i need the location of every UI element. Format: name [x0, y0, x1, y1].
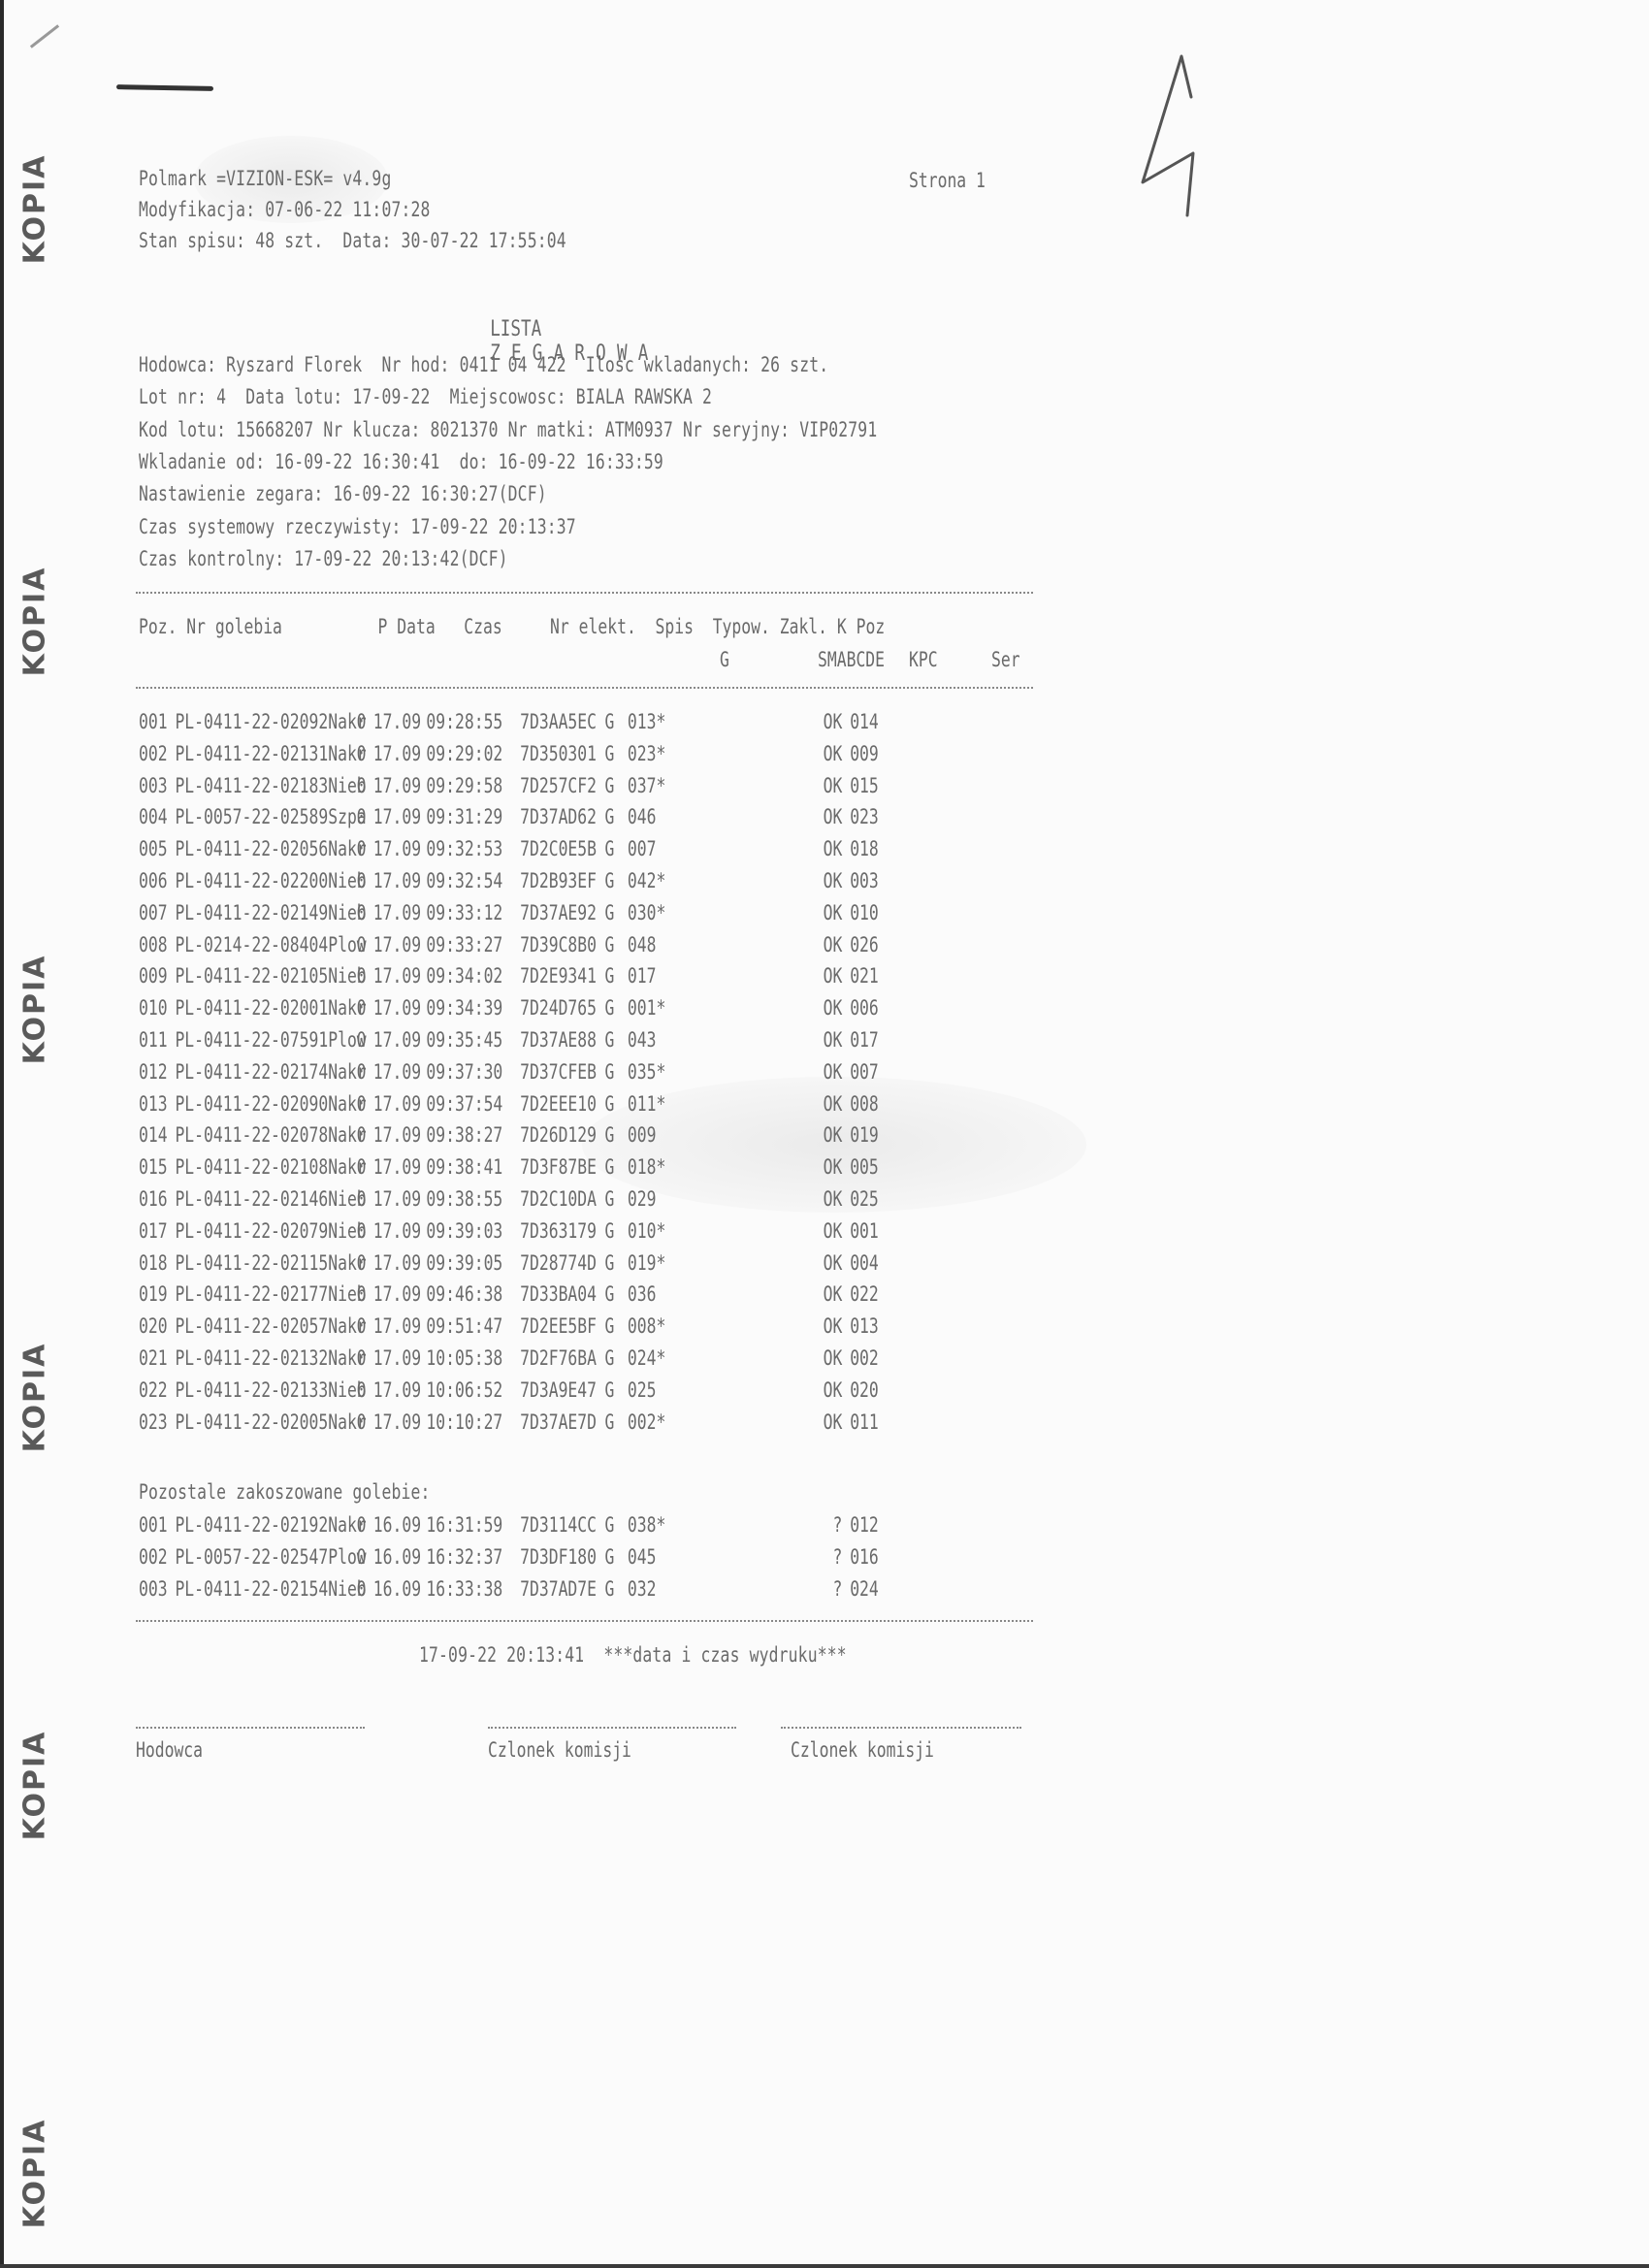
table-row: 009PL-0411-22-02105Nieb017.0909:34:027D2…: [139, 964, 888, 988]
cell-ser: 014: [850, 710, 888, 733]
info-line: Lot nr: 4 Data lotu: 17-09-22 Miejscowos…: [139, 387, 712, 407]
cell-poz: 011: [139, 1028, 175, 1052]
cell-poz: 016: [139, 1187, 175, 1211]
cell-elekt: 7D3DF180: [520, 1545, 604, 1569]
divider: [136, 687, 1033, 689]
cell-k: OK: [809, 1346, 850, 1370]
cell-date: 17.09: [373, 1123, 427, 1147]
cell-ser: 016: [850, 1545, 888, 1569]
cell-date: 17.09: [373, 1346, 427, 1370]
table-row: 019PL-0411-22-02177Nieb017.0909:46:387D3…: [139, 1282, 888, 1306]
cell-spis: 035*: [628, 1060, 809, 1084]
kopia-stamp: KOPIA: [16, 1339, 54, 1455]
table-row: 002PL-0057-22-02547Plow016.0916:32:377D3…: [139, 1545, 888, 1569]
program-version: Polmark =VIZION-ESK= v4.9g: [139, 169, 391, 189]
cell-k: OK: [809, 1123, 850, 1147]
cell-poz: 004: [139, 805, 175, 828]
cell-date: 16.09: [373, 1513, 427, 1537]
cell-g: G: [604, 1346, 627, 1370]
cell-p: 0: [357, 1060, 373, 1084]
cell-elekt: 7D28774D: [520, 1251, 604, 1275]
title-word-lista: LISTA: [490, 317, 541, 341]
cell-poz: 017: [139, 1219, 175, 1243]
cell-date: 17.09: [373, 964, 427, 988]
cell-ring: PL-0411-22-02133Nieb: [175, 1378, 356, 1402]
cell-k: OK: [809, 774, 850, 797]
cell-spis: 011*: [628, 1092, 809, 1116]
cell-ser: 003: [850, 869, 888, 892]
cell-p: 0: [357, 964, 373, 988]
cell-elekt: 7D2F76BA: [520, 1346, 604, 1370]
cell-spis: 045: [628, 1545, 809, 1569]
cell-date: 17.09: [373, 1187, 427, 1211]
table-row: 018PL-0411-22-02115Nakr017.0909:39:057D2…: [139, 1251, 888, 1275]
cell-time: 09:33:12: [426, 901, 520, 924]
table-row: 013PL-0411-22-02090Nakr017.0909:37:547D2…: [139, 1092, 888, 1116]
cell-k: OK: [809, 1092, 850, 1116]
cell-ring: PL-0411-22-02079Nieb: [175, 1219, 356, 1243]
cell-g: G: [604, 1251, 627, 1275]
cell-elekt: 7D2C10DA: [520, 1187, 604, 1211]
cell-p: 0: [357, 1346, 373, 1370]
cell-date: 17.09: [373, 1028, 427, 1052]
cell-elekt: 7D37AE92: [520, 901, 604, 924]
kopia-stamp: KOPIA: [16, 951, 54, 1067]
cell-ring: PL-0057-22-02589Szpa: [175, 805, 356, 828]
cell-ring: PL-0411-22-02115Nakr: [175, 1251, 356, 1275]
cell-g: G: [604, 1060, 627, 1084]
cell-poz: 003: [139, 774, 175, 797]
cell-g: G: [604, 1123, 627, 1147]
cell-date: 17.09: [373, 869, 427, 892]
cell-time: 09:33:27: [426, 933, 520, 956]
cell-elekt: 7D257CF2: [520, 774, 604, 797]
cell-time: 09:31:29: [426, 805, 520, 828]
cell-date: 17.09: [373, 901, 427, 924]
cell-k: OK: [809, 933, 850, 956]
cell-time: 16:31:59: [426, 1513, 520, 1537]
cell-k: OK: [809, 1282, 850, 1306]
table-row: 014PL-0411-22-02078Nakr017.0909:38:277D2…: [139, 1123, 888, 1147]
table-header: Poz. Nr golebia P Data Czas Nr elekt. Sp…: [139, 615, 885, 638]
cell-elekt: 7D37AD7E: [520, 1577, 604, 1601]
cell-time: 09:39:03: [426, 1219, 520, 1243]
cell-ring: PL-0411-22-02149Nieb: [175, 901, 356, 924]
cell-date: 17.09: [373, 1060, 427, 1084]
table-row: 021PL-0411-22-02132Nakr017.0910:05:387D2…: [139, 1346, 888, 1370]
cell-ring: PL-0411-22-02200Nieb: [175, 869, 356, 892]
cell-date: 17.09: [373, 837, 427, 860]
cell-k: OK: [809, 901, 850, 924]
cell-spis: 010*: [628, 1219, 809, 1243]
cell-g: G: [604, 1155, 627, 1179]
cell-g: G: [604, 1187, 627, 1211]
cell-k: OK: [809, 869, 850, 892]
cell-date: 17.09: [373, 933, 427, 956]
cell-spis: 030*: [628, 901, 809, 924]
cell-poz: 002: [139, 1545, 175, 1569]
signature-line: [781, 1727, 1021, 1729]
cell-k: OK: [809, 1060, 850, 1084]
cell-date: 17.09: [373, 1092, 427, 1116]
cell-ring: PL-0411-22-02001Nakr: [175, 996, 356, 1020]
cell-elekt: 7D3AA5EC: [520, 710, 604, 733]
cell-ring: PL-0411-22-07591Plow: [175, 1028, 356, 1052]
cell-time: 10:05:38: [426, 1346, 520, 1370]
cell-p: 0: [357, 1577, 373, 1601]
cell-g: G: [604, 1545, 627, 1569]
cell-g: G: [604, 964, 627, 988]
page-number: Strona 1: [909, 169, 986, 192]
cell-k: OK: [809, 710, 850, 733]
cell-time: 09:51:47: [426, 1314, 520, 1338]
cell-p: 0: [357, 1187, 373, 1211]
cell-g: G: [604, 869, 627, 892]
divider: [136, 1620, 1033, 1622]
cell-p: 0: [357, 1545, 373, 1569]
cell-poz: 001: [139, 1513, 175, 1537]
cell-ser: 012: [850, 1513, 888, 1537]
table-row: 022PL-0411-22-02133Nieb017.0910:06:527D3…: [139, 1378, 888, 1402]
cell-elekt: 7D37AD62: [520, 805, 604, 828]
cell-ring: PL-0411-22-02132Nakr: [175, 1346, 356, 1370]
signature-line: [136, 1727, 365, 1729]
cell-spis: 046: [628, 805, 809, 828]
cell-ring: PL-0411-22-02005Nakr: [175, 1410, 356, 1434]
cell-g: G: [604, 901, 627, 924]
cell-time: 10:10:27: [426, 1410, 520, 1434]
cell-elekt: 7D33BA04: [520, 1282, 604, 1306]
cell-p: 0: [357, 1314, 373, 1338]
table-row: 008PL-0214-22-08404Plow017.0909:33:277D3…: [139, 933, 888, 956]
cell-spis: 043: [628, 1028, 809, 1052]
cell-ring: PL-0411-22-02177Nieb: [175, 1282, 356, 1306]
cell-p: 0: [357, 1410, 373, 1434]
cell-g: G: [604, 1028, 627, 1052]
cell-date: 17.09: [373, 805, 427, 828]
cell-k: OK: [809, 996, 850, 1020]
handwritten-page-number: [1135, 49, 1212, 223]
cell-k: OK: [809, 1251, 850, 1275]
cell-p: 0: [357, 1513, 373, 1537]
cell-date: 17.09: [373, 1155, 427, 1179]
cell-time: 16:32:37: [426, 1545, 520, 1569]
cell-spis: 032: [628, 1577, 809, 1601]
signature-line: [488, 1727, 736, 1729]
remaining-heading: Pozostale zakoszowane golebie:: [139, 1482, 431, 1503]
cell-spis: 048: [628, 933, 809, 956]
cell-spis: 007: [628, 837, 809, 860]
cell-spis: 002*: [628, 1410, 809, 1434]
table-row: 001PL-0411-22-02092Nakr017.0909:28:557D3…: [139, 710, 888, 733]
cell-poz: 009: [139, 964, 175, 988]
cell-p: 0: [357, 1092, 373, 1116]
cell-k: OK: [809, 805, 850, 828]
info-line: Hodowca: Ryszard Florek Nr hod: 0411 04 …: [139, 355, 828, 375]
info-line: Wkladanie od: 16-09-22 16:30:41 do: 16-0…: [139, 452, 663, 472]
cell-date: 17.09: [373, 742, 427, 765]
cell-p: 0: [357, 901, 373, 924]
cell-ser: 025: [850, 1187, 888, 1211]
cell-elekt: 7D2EEE10: [520, 1092, 604, 1116]
cell-time: 16:33:38: [426, 1577, 520, 1601]
cell-g: G: [604, 1577, 627, 1601]
table-row: 016PL-0411-22-02146Nieb017.0909:38:557D2…: [139, 1187, 888, 1211]
table-row: 015PL-0411-22-02108Nakr017.0909:38:417D3…: [139, 1155, 888, 1179]
cell-ser: 006: [850, 996, 888, 1020]
cell-elekt: 7D2B93EF: [520, 869, 604, 892]
cell-g: G: [604, 1282, 627, 1306]
table-row: 023PL-0411-22-02005Nakr017.0910:10:277D3…: [139, 1410, 888, 1434]
cell-elekt: 7D39C8B0: [520, 933, 604, 956]
cell-ring: PL-0411-22-02057Nakr: [175, 1314, 356, 1338]
divider: [136, 592, 1033, 594]
cell-elekt: 7D24D765: [520, 996, 604, 1020]
cell-ring: PL-0411-22-02078Nakr: [175, 1123, 356, 1147]
cell-elekt: 7D2C0E5B: [520, 837, 604, 860]
kopia-stamp: KOPIA: [16, 1727, 54, 1843]
cell-time: 09:34:02: [426, 964, 520, 988]
cell-time: 09:35:45: [426, 1028, 520, 1052]
cell-date: 17.09: [373, 1251, 427, 1275]
cell-spis: 025: [628, 1378, 809, 1402]
cell-elekt: 7D37AE88: [520, 1028, 604, 1052]
cell-elekt: 7D2E9341: [520, 964, 604, 988]
cell-elekt: 7D37AE7D: [520, 1410, 604, 1434]
cell-poz: 008: [139, 933, 175, 956]
cell-spis: 036: [628, 1282, 809, 1306]
cell-g: G: [604, 1092, 627, 1116]
cell-spis: 029: [628, 1187, 809, 1211]
table-row: 002PL-0411-22-02131Nakr017.0909:29:027D3…: [139, 742, 888, 765]
cell-p: 0: [357, 1123, 373, 1147]
cell-p: 0: [357, 710, 373, 733]
table-row: 003PL-0411-22-02154Nieb016.0916:33:387D3…: [139, 1577, 888, 1601]
cell-ser: 013: [850, 1314, 888, 1338]
cell-k: OK: [809, 837, 850, 860]
cell-time: 09:29:58: [426, 774, 520, 797]
signature-label-hodowca: Hodowca: [136, 1738, 203, 1762]
cell-ser: 015: [850, 774, 888, 797]
cell-k: ?: [809, 1577, 850, 1601]
cell-g: G: [604, 996, 627, 1020]
cell-spis: 013*: [628, 710, 809, 733]
cell-date: 17.09: [373, 710, 427, 733]
cell-g: G: [604, 1219, 627, 1243]
cell-spis: 009: [628, 1123, 809, 1147]
cell-elekt: 7D350301: [520, 742, 604, 765]
cell-g: G: [604, 1410, 627, 1434]
cell-elekt: 7D363179: [520, 1219, 604, 1243]
cell-k: OK: [809, 1314, 850, 1338]
cell-p: 0: [357, 837, 373, 860]
cell-date: 17.09: [373, 1410, 427, 1434]
cell-p: 0: [357, 1155, 373, 1179]
cell-poz: 005: [139, 837, 175, 860]
modification-date: Modyfikacja: 07-06-22 11:07:28: [139, 200, 431, 220]
cell-poz: 020: [139, 1314, 175, 1338]
cell-elekt: 7D2EE5BF: [520, 1314, 604, 1338]
cell-elekt: 7D3F87BE: [520, 1155, 604, 1179]
cell-p: 0: [357, 1378, 373, 1402]
cell-ring: PL-0411-22-02146Nieb: [175, 1187, 356, 1211]
table-row: 012PL-0411-22-02174Nakr017.0909:37:307D3…: [139, 1060, 888, 1084]
table-row: 001PL-0411-22-02192Nakr016.0916:31:597D3…: [139, 1513, 888, 1537]
cell-g: G: [604, 933, 627, 956]
scan-border-bottom: [0, 2264, 1649, 2268]
pen-mark: [30, 24, 59, 49]
cell-spis: 008*: [628, 1314, 809, 1338]
cell-date: 16.09: [373, 1545, 427, 1569]
cell-ser: 005: [850, 1155, 888, 1179]
cell-time: 09:46:38: [426, 1282, 520, 1306]
info-line: Kod lotu: 15668207 Nr klucza: 8021370 Nr…: [139, 420, 877, 440]
cell-ring: PL-0214-22-08404Plow: [175, 933, 356, 956]
cell-k: OK: [809, 1378, 850, 1402]
cell-ser: 001: [850, 1219, 888, 1243]
cell-ser: 009: [850, 742, 888, 765]
cell-spis: 018*: [628, 1155, 809, 1179]
cell-g: G: [604, 805, 627, 828]
table-row: 004PL-0057-22-02589Szpa017.0909:31:297D3…: [139, 805, 888, 828]
cell-ser: 021: [850, 964, 888, 988]
cell-ser: 017: [850, 1028, 888, 1052]
cell-k: OK: [809, 1187, 850, 1211]
cell-poz: 018: [139, 1251, 175, 1275]
cell-time: 09:28:55: [426, 710, 520, 733]
cell-k: ?: [809, 1513, 850, 1537]
cell-time: 09:37:54: [426, 1092, 520, 1116]
cell-time: 09:37:30: [426, 1060, 520, 1084]
cell-date: 17.09: [373, 1282, 427, 1306]
cell-poz: 022: [139, 1378, 175, 1402]
cell-elekt: 7D3A9E47: [520, 1378, 604, 1402]
cell-spis: 019*: [628, 1251, 809, 1275]
cell-spis: 038*: [628, 1513, 809, 1537]
cell-poz: 003: [139, 1577, 175, 1601]
cell-date: 17.09: [373, 1378, 427, 1402]
table-row: 011PL-0411-22-07591Plow017.0909:35:457D3…: [139, 1028, 888, 1052]
cell-ring: PL-0411-22-02131Nakr: [175, 742, 356, 765]
cell-k: OK: [809, 1155, 850, 1179]
cell-poz: 010: [139, 996, 175, 1020]
table-row: 020PL-0411-22-02057Nakr017.0909:51:477D2…: [139, 1314, 888, 1338]
table-row: 017PL-0411-22-02079Nieb017.0909:39:037D3…: [139, 1219, 888, 1243]
info-line: Czas systemowy rzeczywisty: 17-09-22 20:…: [139, 517, 576, 537]
kopia-stamp: KOPIA: [16, 563, 54, 679]
cell-poz: 006: [139, 869, 175, 892]
scan-border-left: [0, 0, 4, 2268]
cell-g: G: [604, 837, 627, 860]
cell-spis: 023*: [628, 742, 809, 765]
cell-ring: PL-0411-22-02183Nieb: [175, 774, 356, 797]
cell-time: 09:38:55: [426, 1187, 520, 1211]
cell-ser: 002: [850, 1346, 888, 1370]
cell-g: G: [604, 1314, 627, 1338]
cell-ser: 010: [850, 901, 888, 924]
cell-g: G: [604, 710, 627, 733]
cell-p: 0: [357, 805, 373, 828]
cell-ser: 019: [850, 1123, 888, 1147]
cell-date: 17.09: [373, 774, 427, 797]
cell-date: 17.09: [373, 996, 427, 1020]
signature-label-komisja-1: Czlonek komisji: [488, 1738, 631, 1762]
cell-date: 16.09: [373, 1577, 427, 1601]
signature-label-komisja-2: Czlonek komisji: [791, 1738, 934, 1762]
cell-p: 0: [357, 742, 373, 765]
cell-poz: 019: [139, 1282, 175, 1306]
cell-ser: 020: [850, 1378, 888, 1402]
cell-p: 0: [357, 1282, 373, 1306]
cell-elekt: 7D3114CC: [520, 1513, 604, 1537]
cell-ser: 024: [850, 1577, 888, 1601]
cell-p: 0: [357, 1219, 373, 1243]
cell-ser: 004: [850, 1251, 888, 1275]
table-header-typowanie: SMABCDE: [818, 648, 885, 671]
cell-date: 17.09: [373, 1219, 427, 1243]
cell-ring: PL-0411-22-02192Nakr: [175, 1513, 356, 1537]
cell-time: 09:34:39: [426, 996, 520, 1020]
cell-poz: 021: [139, 1346, 175, 1370]
cell-p: 0: [357, 996, 373, 1020]
table-header-ser: Ser: [991, 648, 1020, 671]
cell-time: 09:32:54: [426, 869, 520, 892]
table-row: 010PL-0411-22-02001Nakr017.0909:34:397D2…: [139, 996, 888, 1020]
cell-poz: 023: [139, 1410, 175, 1434]
cell-time: 10:06:52: [426, 1378, 520, 1402]
table-header-zakl: KPC: [909, 648, 938, 671]
cell-elekt: 7D37CFEB: [520, 1060, 604, 1084]
cell-spis: 037*: [628, 774, 809, 797]
cell-poz: 014: [139, 1123, 175, 1147]
cell-k: OK: [809, 964, 850, 988]
cell-k: OK: [809, 1410, 850, 1434]
cell-g: G: [604, 1378, 627, 1402]
cell-poz: 012: [139, 1060, 175, 1084]
cell-ser: 023: [850, 805, 888, 828]
cell-ring: PL-0411-22-02154Nieb: [175, 1577, 356, 1601]
cell-poz: 002: [139, 742, 175, 765]
cell-ser: 008: [850, 1092, 888, 1116]
cell-k: OK: [809, 742, 850, 765]
cell-ring: PL-0411-22-02090Nakr: [175, 1092, 356, 1116]
cell-time: 09:29:02: [426, 742, 520, 765]
info-line: Nastawienie zegara: 16-09-22 16:30:27(DC…: [139, 484, 547, 504]
cell-ring: PL-0411-22-02174Nakr: [175, 1060, 356, 1084]
cell-ring: PL-0411-22-02092Nakr: [175, 710, 356, 733]
cell-date: 17.09: [373, 1314, 427, 1338]
kopia-stamp: KOPIA: [16, 2115, 54, 2231]
cell-ring: PL-0411-22-02056Nakr: [175, 837, 356, 860]
cell-ser: 026: [850, 933, 888, 956]
cell-poz: 001: [139, 710, 175, 733]
cell-g: G: [604, 1513, 627, 1537]
cell-spis: 042*: [628, 869, 809, 892]
cell-g: G: [604, 774, 627, 797]
cell-spis: 017: [628, 964, 809, 988]
cell-ring: PL-0411-22-02108Nakr: [175, 1155, 356, 1179]
cell-ser: 011: [850, 1410, 888, 1434]
cell-time: 09:32:53: [426, 837, 520, 860]
cell-poz: 013: [139, 1092, 175, 1116]
pen-dash-mark: [116, 84, 213, 91]
cell-k: OK: [809, 1219, 850, 1243]
cell-k: OK: [809, 1028, 850, 1052]
cell-ser: 022: [850, 1282, 888, 1306]
table-row: 007PL-0411-22-02149Nieb017.0909:33:127D3…: [139, 901, 888, 924]
cell-g: G: [604, 742, 627, 765]
cell-p: 0: [357, 933, 373, 956]
